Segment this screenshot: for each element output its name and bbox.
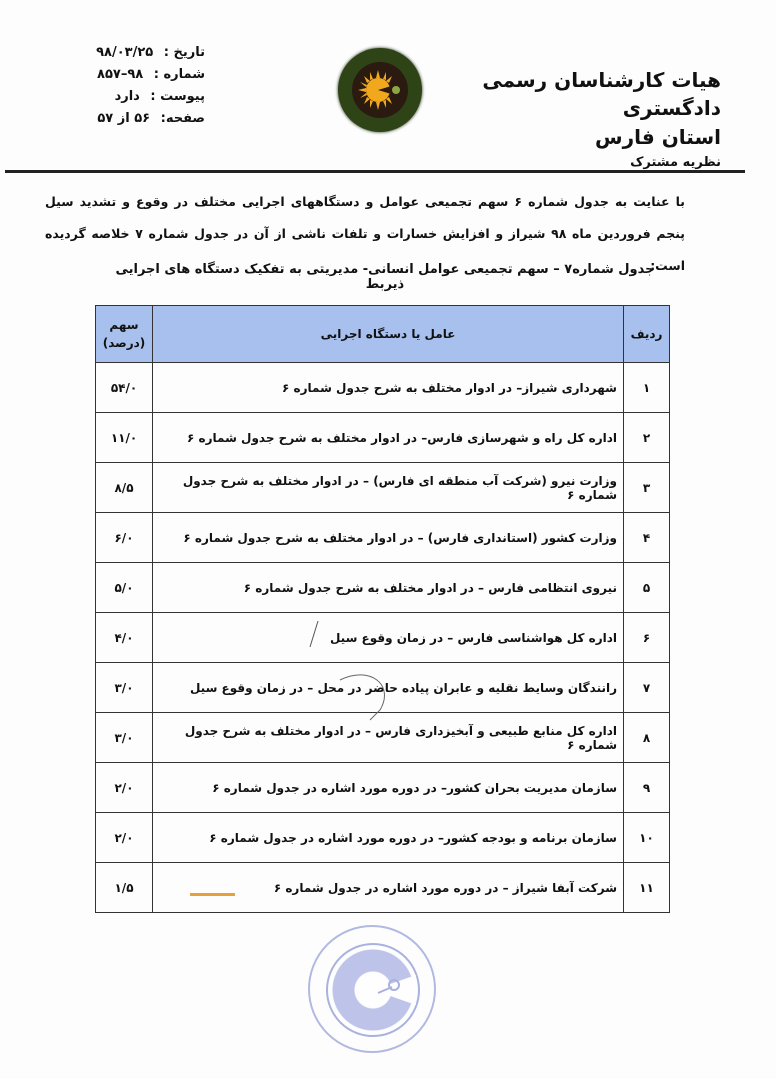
number-value: ۹۸–۸۵۷ xyxy=(97,67,143,82)
table-title: جدول شماره۷ – سهم تجمیعی عوامل انسانی- م… xyxy=(95,262,675,292)
date-label: تاریخ : xyxy=(164,45,205,60)
row-agent: نیروی انتظامی فارس – در ادوار مختلف به ش… xyxy=(153,563,624,613)
attachment-row: پیوست : دارد xyxy=(55,86,205,108)
table-row: ۳ وزارت نیرو (شرکت آب منطقه ای فارس) – د… xyxy=(96,463,670,513)
org-name: هیات کارشناسان رسمی دادگستری xyxy=(421,66,721,122)
date-value: ۹۸/۰۳/۲۵ xyxy=(96,45,153,60)
header-row-number: ردیف xyxy=(624,306,670,363)
row-agent: سازمان مدیریت بحران کشور– در دوره مورد ا… xyxy=(153,763,624,813)
share-table: ردیف عامل یا دستگاه اجرایی سهم (درصد) ۱ … xyxy=(95,305,670,913)
row-share: ۳/۰ xyxy=(96,663,153,713)
row-number: ۶ xyxy=(624,613,670,663)
header-share-line2: (درصد) xyxy=(97,334,151,352)
table-row: ۱۱ شرکت آبفا شیراز – در دوره مورد اشاره … xyxy=(96,863,670,913)
document-meta: تاریخ : ۹۸/۰۳/۲۵ شماره : ۹۸–۸۵۷ پیوست : … xyxy=(55,42,205,130)
row-share: ۱/۵ xyxy=(96,863,153,913)
row-share: ۶/۰ xyxy=(96,513,153,563)
row-agent: وزارت کشور (استانداری فارس) – در ادوار م… xyxy=(153,513,624,563)
official-seal-icon xyxy=(308,925,436,1053)
row-share: ۲/۰ xyxy=(96,763,153,813)
page-row: صفحه: ۵۶ از ۵۷ xyxy=(55,108,205,130)
sun-emblem-icon xyxy=(338,48,422,132)
row-share: ۳/۰ xyxy=(96,713,153,763)
row-agent: سازمان برنامه و بودجه کشور– در دوره مورد… xyxy=(153,813,624,863)
table-row: ۲ اداره کل راه و شهرسازی فارس– در ادوار … xyxy=(96,413,670,463)
table-row: ۱ شهرداری شیراز– در ادوار مختلف به شرح ج… xyxy=(96,363,670,413)
row-agent: وزارت نیرو (شرکت آب منطقه ای فارس) – در … xyxy=(153,463,624,513)
header-agent: عامل یا دستگاه اجرایی xyxy=(153,306,624,363)
header-share-line1: سهم xyxy=(97,316,151,334)
page-label: صفحه: xyxy=(161,111,205,126)
highlighter-mark xyxy=(190,893,235,896)
row-agent: شهرداری شیراز– در ادوار مختلف به شرح جدو… xyxy=(153,363,624,413)
row-share: ۱۱/۰ xyxy=(96,413,153,463)
header-divider xyxy=(5,170,745,173)
table-row: ۱۰ سازمان برنامه و بودجه کشور– در دوره م… xyxy=(96,813,670,863)
row-number: ۵ xyxy=(624,563,670,613)
table-row: ۵ نیروی انتظامی فارس – در ادوار مختلف به… xyxy=(96,563,670,613)
table-row: ۹ سازمان مدیریت بحران کشور– در دوره مورد… xyxy=(96,763,670,813)
row-share: ۵۴/۰ xyxy=(96,363,153,413)
number-row: شماره : ۹۸–۸۵۷ xyxy=(55,64,205,86)
page-value: ۵۶ از ۵۷ xyxy=(97,111,150,126)
date-row: تاریخ : ۹۸/۰۳/۲۵ xyxy=(55,42,205,64)
organization-header: هیات کارشناسان رسمی دادگستری استان فارس … xyxy=(421,66,721,174)
seal-emblem-icon xyxy=(328,945,418,1035)
row-number: ۴ xyxy=(624,513,670,563)
org-province: استان فارس xyxy=(421,122,721,152)
row-number: ۱۱ xyxy=(624,863,670,913)
row-share: ۸/۵ xyxy=(96,463,153,513)
row-number: ۳ xyxy=(624,463,670,513)
row-agent: اداره کل راه و شهرسازی فارس– در ادوار مخ… xyxy=(153,413,624,463)
attachment-label: پیوست : xyxy=(150,89,205,104)
row-number: ۷ xyxy=(624,663,670,713)
row-number: ۲ xyxy=(624,413,670,463)
attachment-value: دارد xyxy=(115,89,140,104)
table-row: ۴ وزارت کشور (استانداری فارس) – در ادوار… xyxy=(96,513,670,563)
row-agent: شرکت آبفا شیراز – در دوره مورد اشاره در … xyxy=(153,863,624,913)
row-number: ۹ xyxy=(624,763,670,813)
header-share: سهم (درصد) xyxy=(96,306,153,363)
row-share: ۲/۰ xyxy=(96,813,153,863)
row-share: ۴/۰ xyxy=(96,613,153,663)
row-number: ۱ xyxy=(624,363,670,413)
pen-mark-icon xyxy=(300,615,420,725)
sun-rays-icon xyxy=(352,62,408,118)
table-header-row: ردیف عامل یا دستگاه اجرایی سهم (درصد) xyxy=(96,306,670,363)
row-number: ۸ xyxy=(624,713,670,763)
row-number: ۱۰ xyxy=(624,813,670,863)
row-share: ۵/۰ xyxy=(96,563,153,613)
number-label: شماره : xyxy=(154,67,205,82)
